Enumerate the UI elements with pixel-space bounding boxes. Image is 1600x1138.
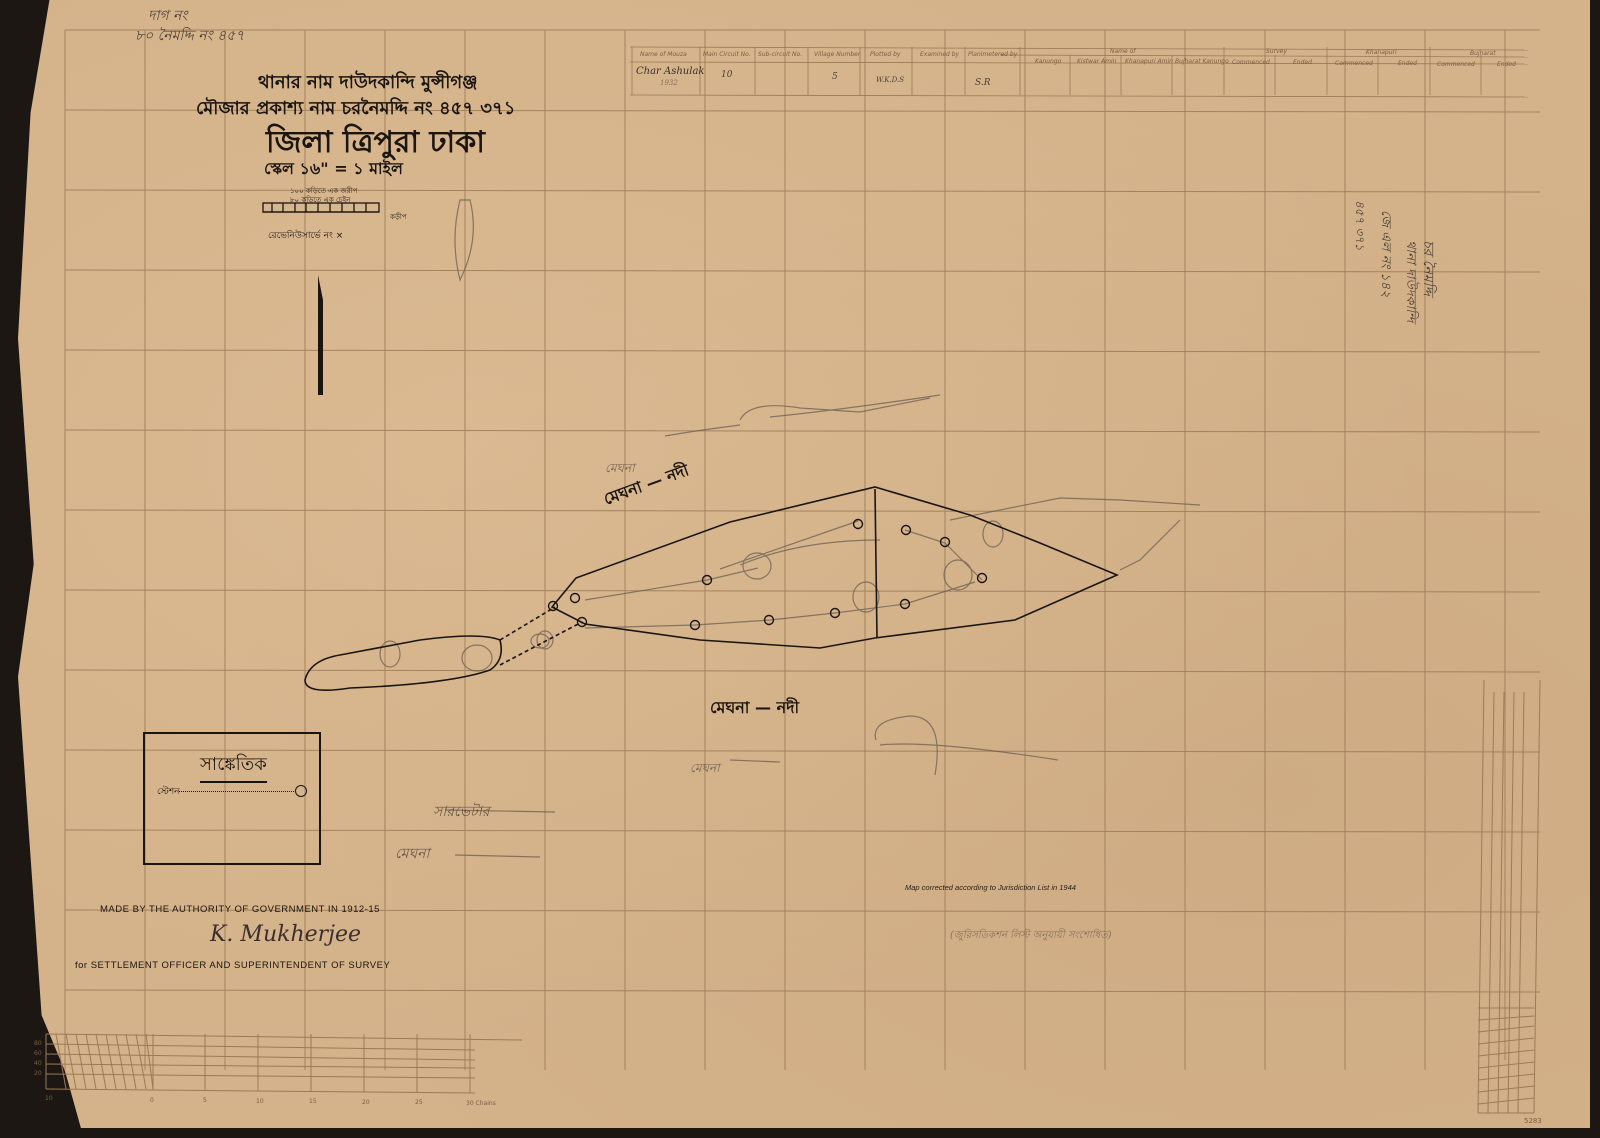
plotted-by-value: W.K.D.S xyxy=(876,76,904,84)
diag-label-40: 40 xyxy=(34,1060,42,1067)
col-survey-ended: Ended xyxy=(1293,59,1312,66)
col-sub-circuit: Sub-circuit No. xyxy=(758,51,802,58)
col-khanapuri-amin: Khanapuri Amin xyxy=(1125,58,1173,65)
chain-tick-6: 25 xyxy=(415,1099,423,1106)
settlement-officer: for SETTLEMENT OFFICER AND SUPERINTENDEN… xyxy=(75,960,390,971)
col-planimetered-by: Planimetered by xyxy=(968,51,1017,58)
group-name-of: Name of xyxy=(1110,48,1135,55)
river-label-south: মেঘনা — নদী xyxy=(710,695,799,722)
legend-box: সাঙ্কেতিক স্টেশন xyxy=(143,732,321,865)
col-plotted-by: Plotted by xyxy=(870,51,900,58)
diag-label-60: 60 xyxy=(34,1050,42,1057)
col-kistwar-amin: Kistwar Amin xyxy=(1077,58,1116,65)
sheet-number: 5283 xyxy=(1524,1117,1542,1125)
correction-note: Map corrected according to Jurisdiction … xyxy=(905,883,1076,892)
signature: K. Mukherjee xyxy=(210,922,361,947)
diag-label-80: 80 xyxy=(34,1040,42,1047)
col-bujharat-kanungo: Bujharat Kanungo xyxy=(1175,58,1229,65)
col-bujharat-ended: Ended xyxy=(1497,61,1516,68)
chain-tick-7: 30 Chains xyxy=(466,1100,496,1107)
diag-label-20: 20 xyxy=(34,1070,42,1077)
station-circle-icon xyxy=(295,785,307,797)
group-bujharat: Bujharat xyxy=(1470,50,1496,57)
col-kanungo: Kanungo xyxy=(1035,58,1061,65)
chain-tick-3: 10 xyxy=(256,1098,264,1105)
pencil-note-vertical-4: ৪৫৭ ৩৭১ xyxy=(1348,200,1368,251)
pencil-note-bottom: (জুরিসডিকশন লিস্ট অনুযায়ী সংশোধিত) xyxy=(950,928,1112,945)
col-survey-commenced: Commenced xyxy=(1232,59,1270,66)
legend-item-label: স্টেশন xyxy=(157,787,180,797)
pencil-note-lower-1: সারভেটার xyxy=(433,800,489,824)
legend-title: সাঙ্কেতিক xyxy=(200,750,267,783)
pencil-note-lower-2: মেঘনা xyxy=(395,842,430,866)
main-circuit-value: 10 xyxy=(721,70,732,80)
mouza-name-value: Char Ashulak xyxy=(636,66,704,77)
pencil-note-top-2: ৮০ নৈমদ্দি নং ৪৫৭ xyxy=(135,24,244,48)
chain-tick-5: 20 xyxy=(362,1099,370,1106)
col-bujharat-commenced: Commenced xyxy=(1437,61,1475,68)
mouza-sub-value: 1932 xyxy=(660,79,678,87)
chain-tick-4: 15 xyxy=(309,1098,317,1105)
legend-dotted-line xyxy=(179,791,294,792)
chain-tick-0: 10 xyxy=(45,1095,53,1102)
col-khanapuri-commenced: Commenced xyxy=(1335,60,1373,67)
village-number-value: 5 xyxy=(832,72,838,82)
col-name-of-mouza: Name of Mouza xyxy=(640,51,687,58)
pencil-note-vertical-3: জে এল নং ১৪২ xyxy=(1374,210,1395,298)
group-khanapuri: Khanapuri xyxy=(1366,49,1397,56)
scale-end-label: কড়ীপ xyxy=(390,211,407,223)
revenue-survey-no: রেভেনিউসার্ভে নং × xyxy=(268,228,343,243)
pencil-note-vertical-2: থানা দাউদকান্দি xyxy=(1399,240,1420,322)
planimetered-by-value: S.R xyxy=(975,78,990,88)
col-village-number: Village Number xyxy=(814,51,860,58)
chain-tick-1: 0 xyxy=(150,1097,154,1104)
scale-line-2: ৮০ কড়িতে এক চেইন xyxy=(290,194,350,206)
col-khanapuri-ended: Ended xyxy=(1398,60,1417,67)
pencil-note-river-2: মেঘনা xyxy=(690,760,720,780)
col-main-circuit: Main Circuit No. xyxy=(703,51,751,58)
map-scale: স্কেল ১৬" = ১ মাইল xyxy=(264,156,403,183)
chain-tick-2: 5 xyxy=(203,1097,207,1104)
authority-statement: MADE BY THE AUTHORITY OF GOVERNMENT IN 1… xyxy=(100,904,380,915)
group-survey: Survey xyxy=(1266,48,1287,55)
col-examined-by: Examined by xyxy=(920,51,959,58)
legend-item-station: স্টেশন xyxy=(157,784,307,799)
